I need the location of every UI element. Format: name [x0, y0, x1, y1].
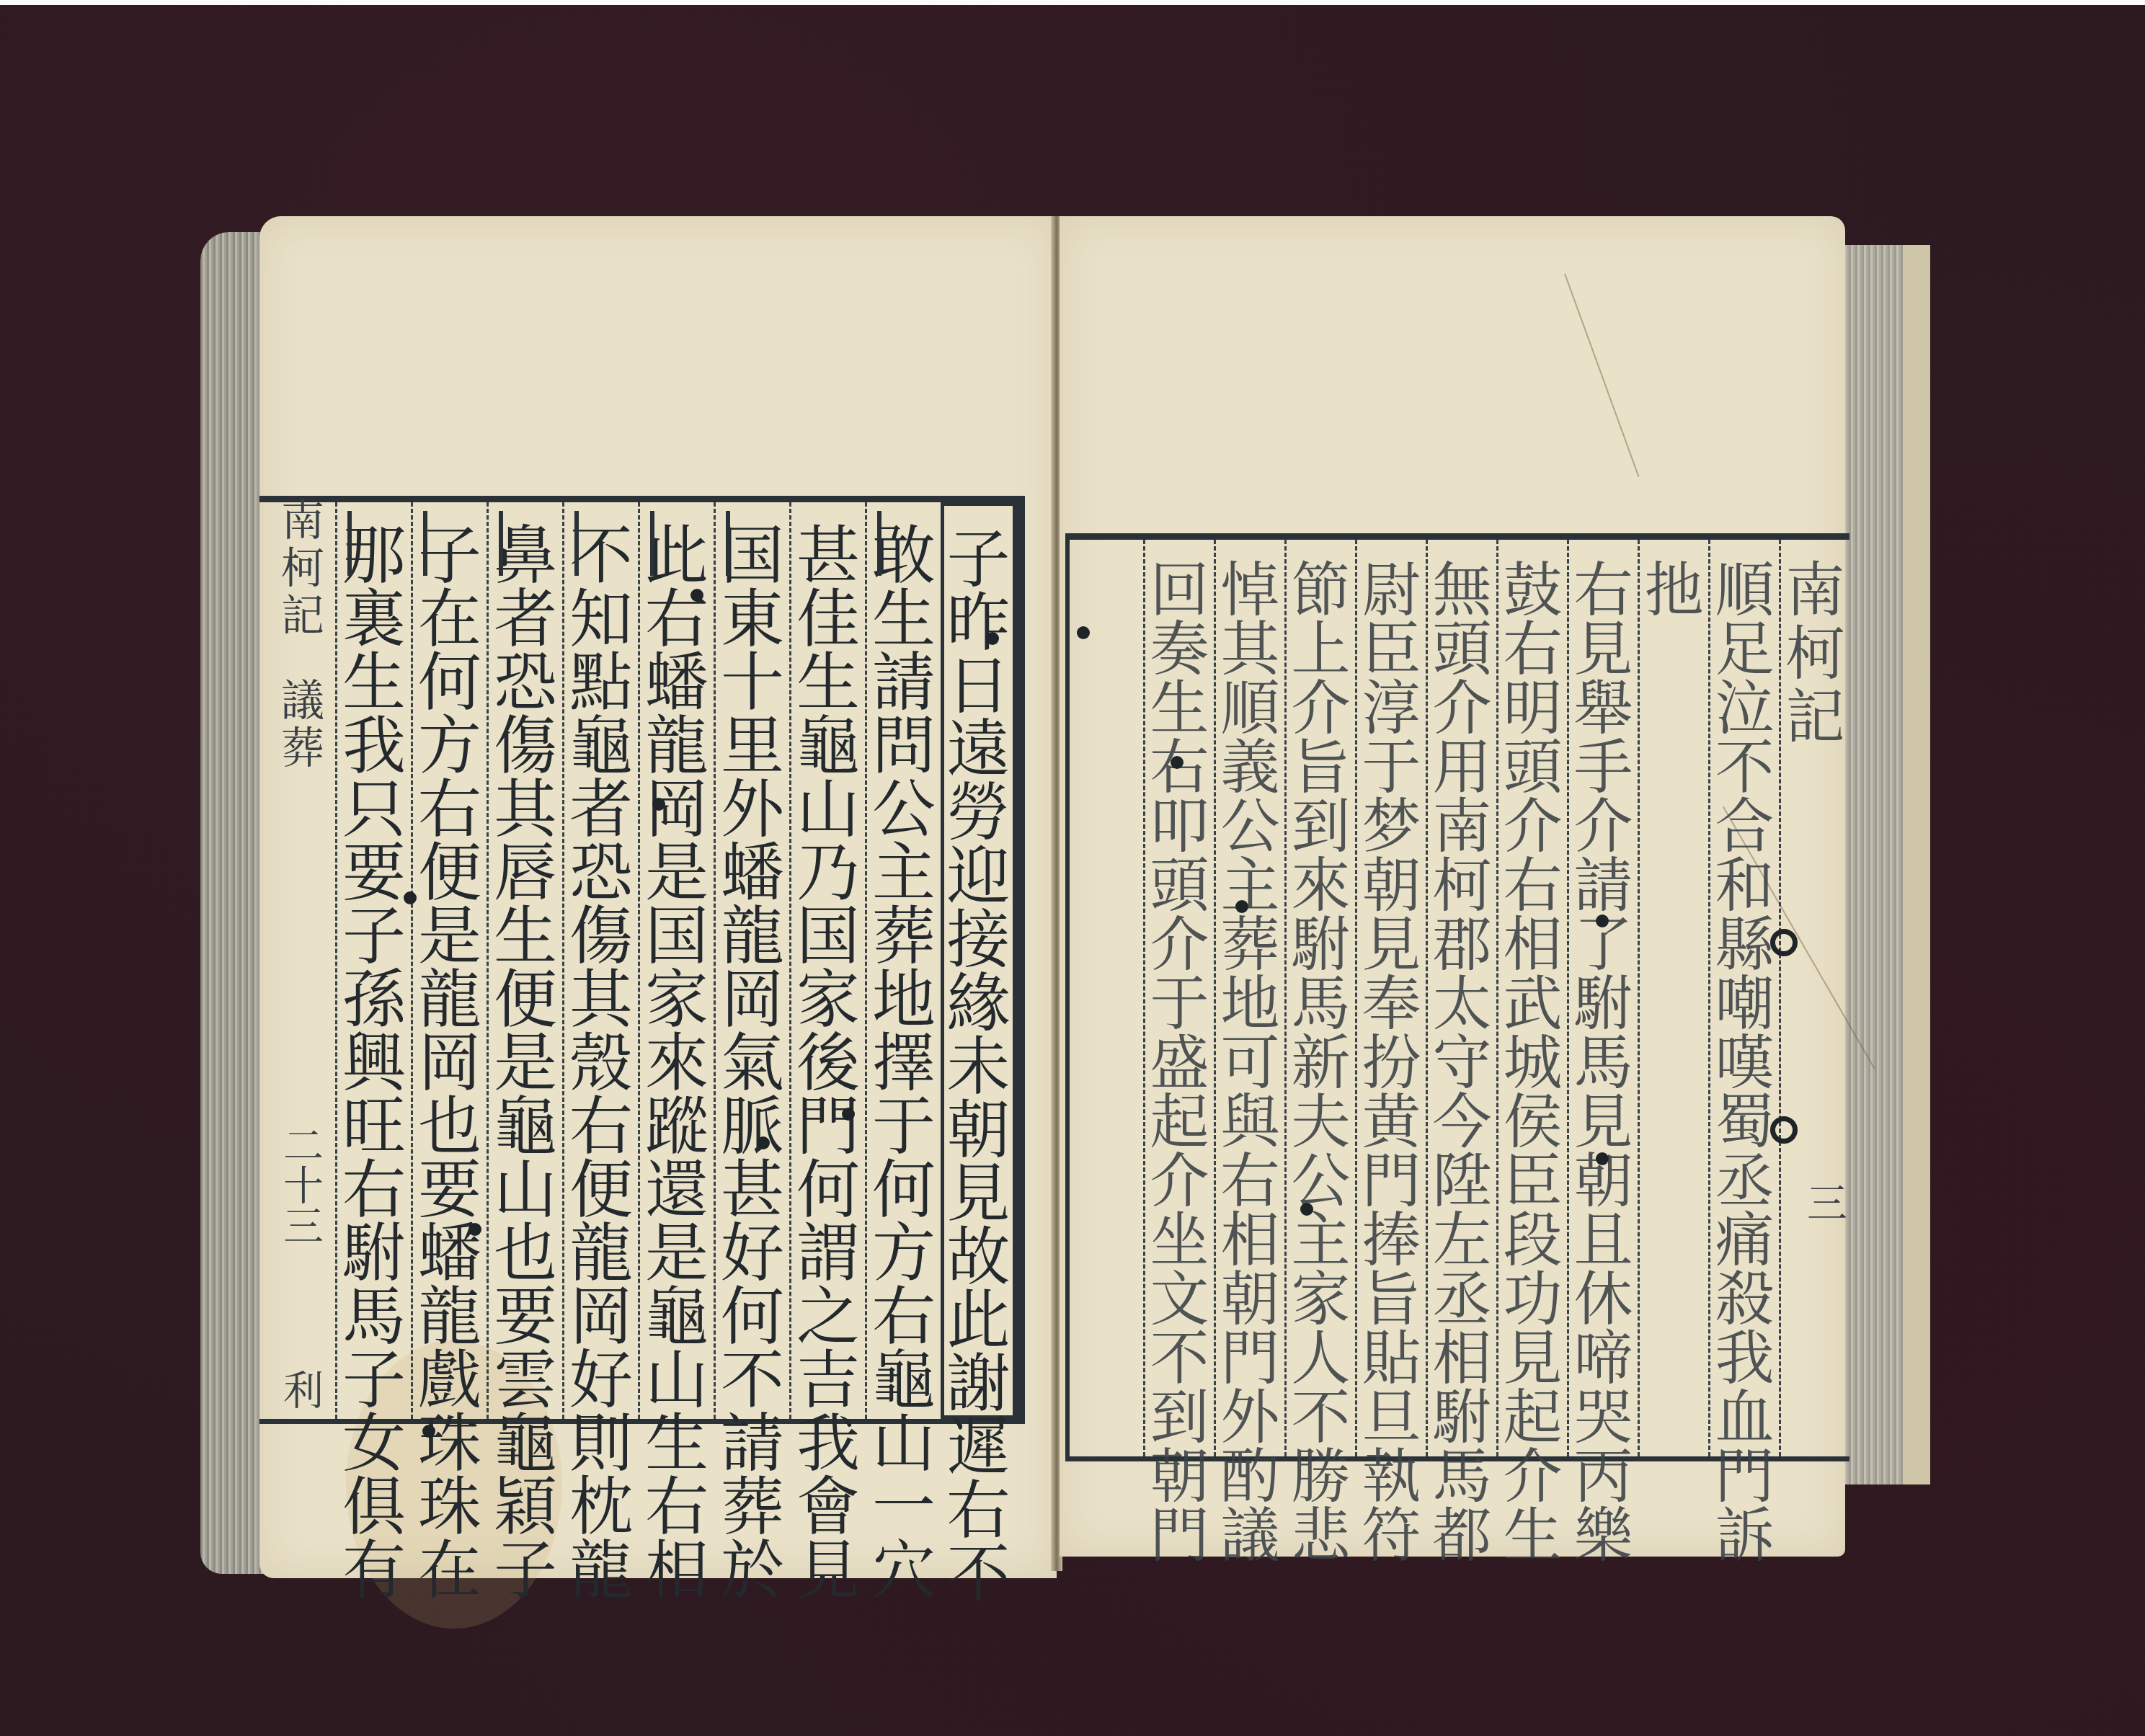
glyph: 鼻: [494, 524, 557, 587]
glyph: 也: [418, 1095, 481, 1158]
glyph: 手: [1573, 739, 1633, 798]
glyph: 太: [1432, 975, 1491, 1034]
text-column: 順足泣不合和縣嘲嘆蜀丞痛殺我血門訴: [1708, 540, 1779, 1456]
glyph: 段: [1503, 1211, 1562, 1270]
glyph: 山: [645, 1348, 709, 1412]
glyph: 有: [342, 1539, 406, 1602]
glyph: 其: [494, 778, 557, 841]
glyph: 朝: [1150, 1448, 1209, 1507]
glyph: 馬: [1573, 1034, 1633, 1093]
glyph: 符: [1362, 1507, 1421, 1566]
text-column: 回奏生右叩頭介于盛起介坐文不到朝門: [1143, 540, 1214, 1456]
glyph: 陞: [1432, 1152, 1491, 1211]
glyph: 右: [569, 1095, 633, 1158]
glyph: 足: [1715, 620, 1774, 680]
text-column: 子在何方右便是龍岡也要蟠龍戲珠珠在: [411, 502, 487, 1419]
glyph: 興: [342, 1031, 406, 1095]
glyph: 蹤: [645, 1095, 709, 1158]
glyph: 好: [721, 1221, 784, 1285]
glyph: 且: [1573, 1211, 1633, 1270]
glyph: 柯: [1785, 625, 1844, 688]
glyph: 朝: [1220, 1270, 1279, 1330]
glyph: 公: [1291, 1152, 1350, 1211]
left-page-print-frame: 子昨日遠勞迎接緣未朝見故此謝遲右不 敢生請問公主葬地擇于何方右龜山一穴 甚佳生龜…: [259, 496, 1025, 1424]
glyph: 回: [1150, 561, 1209, 620]
left-margin-title: 南柯記: [268, 497, 330, 640]
glyph: 旺: [342, 1095, 406, 1158]
glyph: 国: [721, 524, 784, 587]
glyph: 左: [1432, 1211, 1491, 1270]
glyph: 右: [645, 1475, 709, 1539]
glyph: 旨: [1291, 739, 1350, 798]
glyph: 臣: [1503, 1152, 1562, 1211]
right-text-columns: 南柯記 順足泣不合和縣嘲嘆蜀丞痛殺我血門訴 扡 右見舉手介請了駙馬見朝且休啼哭丙…: [1070, 540, 1849, 1456]
punctuation-dot: [757, 1136, 770, 1149]
glyph: 見: [1503, 1330, 1562, 1389]
glyph: 也: [494, 1221, 557, 1285]
glyph: 甚: [721, 1158, 784, 1221]
glyph: 迎: [946, 845, 1010, 908]
glyph: 故: [946, 1225, 1010, 1288]
glyph: 不: [1715, 739, 1774, 798]
glyph: 于: [1150, 975, 1209, 1034]
glyph: 右: [1220, 1152, 1279, 1211]
header-column-title: 南柯記: [1779, 540, 1849, 1456]
glyph: 右: [342, 1158, 406, 1221]
glyph: 緣: [946, 971, 1010, 1035]
glyph: 來: [1291, 857, 1350, 916]
glyph: 奏: [1150, 620, 1209, 680]
glyph: 我: [342, 714, 406, 778]
glyph: 啼: [1573, 1330, 1633, 1389]
glyph: 嘆: [1715, 1034, 1774, 1093]
text-column: 国東十里外蟠龍岡氣脈甚好何不請葬於: [714, 502, 789, 1419]
glyph: 子: [494, 1539, 557, 1602]
glyph: 生: [1150, 680, 1209, 739]
glyph: 地: [1220, 975, 1279, 1034]
punctuation-dot: [1171, 756, 1183, 769]
text-column: 鼻者恐傷其唇生便是龜山也要雲龜穎子: [487, 502, 562, 1419]
glyph: 勞: [946, 781, 1010, 845]
glyph: 南: [1785, 561, 1844, 625]
punctuation-dot: [986, 632, 999, 645]
glyph: 殼: [569, 1031, 633, 1095]
glyph: 叩: [1150, 798, 1209, 857]
glyph: 雲: [494, 1348, 557, 1412]
glyph: 龜: [569, 714, 633, 778]
glyph: 龍: [645, 714, 709, 778]
right-cover-lip: [1903, 245, 1930, 1484]
paper-crease: [1564, 273, 1639, 477]
punctuation-dot: [468, 1223, 481, 1236]
glyph: 扮: [1362, 1034, 1421, 1093]
glyph: 勝: [1291, 1448, 1350, 1507]
glyph: 謝: [946, 1352, 1010, 1415]
glyph: 国: [645, 904, 709, 968]
glyph: 主: [1291, 1211, 1350, 1270]
glyph: 會: [796, 1475, 860, 1539]
glyph: 日: [946, 654, 1010, 718]
glyph: 葬: [872, 904, 936, 968]
glyph: 岡: [418, 1031, 481, 1095]
glyph: 不: [1150, 1330, 1209, 1389]
glyph: 樂: [1573, 1507, 1633, 1566]
glyph: 都: [1432, 1507, 1491, 1566]
glyph: 何: [721, 1285, 784, 1348]
glyph: 葬: [721, 1475, 784, 1539]
glyph: 吉: [796, 1348, 860, 1412]
glyph: 不: [721, 1348, 784, 1412]
glyph: 外: [1220, 1389, 1279, 1448]
glyph: 女: [342, 1412, 406, 1475]
glyph: 新: [1291, 1034, 1350, 1093]
left-folio-number: 二十三: [271, 1124, 329, 1245]
glyph: 哭: [1573, 1389, 1633, 1448]
glyph: 戲: [418, 1348, 481, 1412]
glyph: 外: [721, 778, 784, 841]
glyph: 便: [569, 1158, 633, 1221]
glyph: 南: [1432, 798, 1491, 857]
glyph: 之: [796, 1285, 860, 1348]
glyph: 可: [1220, 1034, 1279, 1093]
glyph: 子: [946, 528, 1010, 591]
glyph: 右: [1573, 561, 1633, 620]
glyph: 見: [1362, 916, 1421, 975]
header-chip-column: 扡: [1638, 540, 1708, 1456]
glyph: 主: [1220, 857, 1279, 916]
glyph: 城: [1503, 1034, 1562, 1093]
glyph: 右: [946, 1479, 1010, 1542]
right-page-print-frame: 南柯記 順足泣不合和縣嘲嘆蜀丞痛殺我血門訴 扡 右見舉手介請了駙馬見朝且休啼哭丙…: [1065, 533, 1849, 1461]
glyph: 蟠: [645, 651, 709, 714]
glyph: 龍: [721, 904, 784, 968]
text-column: 此右蟠龍岡是国家來蹤還是龜山生右相: [638, 502, 714, 1419]
glyph: 子: [418, 524, 481, 587]
text-column: 悼其順義公主葬地可與右相朝門外酌議: [1214, 540, 1284, 1456]
glyph: 旨: [1362, 1270, 1421, 1330]
glyph: 守: [1432, 1034, 1491, 1093]
glyph: 在: [418, 587, 481, 651]
glyph: 右: [1503, 857, 1562, 916]
glyph: 家: [796, 968, 860, 1031]
glyph: 馬: [1291, 975, 1350, 1034]
glyph: 公: [872, 778, 936, 841]
glyph: 與: [1220, 1093, 1279, 1152]
glyph: 方: [418, 714, 481, 778]
glyph: 十: [721, 651, 784, 714]
glyph: 接: [946, 908, 1010, 971]
glyph: 還: [645, 1158, 709, 1221]
glyph: 貼: [1362, 1330, 1421, 1389]
glyph: 龍: [569, 1221, 633, 1285]
glyph: 侯: [1503, 1093, 1562, 1152]
glyph: 夫: [1291, 1093, 1350, 1152]
glyph: 子: [342, 904, 406, 968]
glyph: 岡: [721, 968, 784, 1031]
glyph: 里: [721, 714, 784, 778]
glyph: 擇: [872, 1031, 936, 1095]
glyph: 起: [1150, 1093, 1209, 1152]
glyph: 人: [1291, 1330, 1350, 1389]
glyph: 捧: [1362, 1211, 1421, 1270]
glyph: 問: [872, 714, 936, 778]
glyph: 點: [569, 651, 633, 714]
glyph: 悲: [1291, 1507, 1350, 1566]
glyph: 只: [342, 778, 406, 841]
glyph: 不: [1291, 1389, 1350, 1448]
glyph: 痛: [1715, 1211, 1774, 1270]
glyph: 知: [569, 587, 633, 651]
glyph: 請: [721, 1412, 784, 1475]
glyph: 上: [1291, 620, 1350, 680]
right-page-marker: 三: [1795, 1182, 1852, 1222]
glyph: 者: [569, 778, 633, 841]
glyph: 生: [872, 587, 936, 651]
glyph: 郡: [1432, 916, 1491, 975]
glyph: 要: [494, 1285, 557, 1348]
glyph: 明: [1503, 680, 1562, 739]
glyph: 是: [418, 904, 481, 968]
glyph: 嘲: [1715, 975, 1774, 1034]
punctuation-dot: [1596, 914, 1609, 927]
glyph: 功: [1503, 1270, 1562, 1330]
glyph: 山: [872, 1412, 936, 1475]
glyph: 執: [1362, 1448, 1421, 1507]
glyph: 昨: [946, 591, 1010, 654]
glyph: 龜: [645, 1285, 709, 1348]
punctuation-dot: [422, 1425, 435, 1438]
glyph: 合: [1715, 798, 1774, 857]
glyph: 見: [796, 1539, 860, 1602]
glyph: 尉: [1362, 561, 1421, 620]
glyph: 此: [645, 524, 709, 587]
glyph: 馬: [342, 1285, 406, 1348]
glyph: 在: [418, 1539, 481, 1602]
glyph: 介: [1573, 798, 1633, 857]
glyph: 蜀: [1715, 1093, 1774, 1152]
punctuation-dot: [1596, 1152, 1609, 1165]
glyph: 駙: [1573, 975, 1633, 1034]
glyph: 甚: [796, 524, 860, 587]
glyph: 遠: [946, 718, 1010, 781]
glyph: 順: [1220, 680, 1279, 739]
glyph: 記: [1785, 688, 1844, 752]
glyph: 相: [645, 1539, 709, 1602]
punctuation-dot: [1300, 1203, 1313, 1216]
text-column: 不知點龜者恐傷其殼右便龍岡好則枕龍: [562, 502, 638, 1419]
glyph: 佳: [796, 587, 860, 651]
glyph: 朝: [1362, 857, 1421, 916]
glyph: 葬: [1220, 916, 1279, 975]
glyph: 其: [569, 968, 633, 1031]
glyph: 地: [872, 968, 936, 1031]
left-page-stack-edge: [200, 232, 265, 1574]
glyph: 頭: [1432, 620, 1491, 680]
glyph: 於: [721, 1539, 784, 1602]
glyph: 我: [796, 1412, 860, 1475]
glyph: 見: [1573, 620, 1633, 680]
glyph: 鼓: [1503, 561, 1562, 620]
glyph: 用: [1432, 739, 1491, 798]
glyph: 來: [645, 1031, 709, 1095]
glyph: 無: [1432, 561, 1491, 620]
glyph: 淳: [1362, 680, 1421, 739]
glyph: 珠: [418, 1412, 481, 1475]
text-column: 節上介旨到來駙馬新夫公主家人不勝悲: [1284, 540, 1355, 1456]
glyph: 後: [796, 1031, 860, 1095]
glyph: 右: [1503, 620, 1562, 680]
glyph: 是: [645, 1221, 709, 1285]
glyph: 公: [1220, 798, 1279, 857]
glyph: 龜: [872, 1348, 936, 1412]
glyph: 梦: [1362, 798, 1421, 857]
glyph: 起: [1503, 1389, 1562, 1448]
glyph: 議: [1220, 1507, 1279, 1566]
glyph: 遲: [946, 1415, 1010, 1479]
glyph: 相: [1503, 916, 1562, 975]
glyph: 頭: [1150, 857, 1209, 916]
glyph: 乃: [796, 841, 860, 904]
glyph: 龍: [569, 1539, 633, 1602]
glyph: 縣: [1715, 916, 1774, 975]
glyph: 臣: [1362, 620, 1421, 680]
glyph: 悼: [1220, 561, 1279, 620]
glyph: 黄: [1362, 1093, 1421, 1152]
glyph: 好: [569, 1348, 633, 1412]
glyph: 東: [721, 587, 784, 651]
glyph: 駙: [1432, 1389, 1491, 1448]
glyph: 便: [494, 968, 557, 1031]
glyph: 那: [342, 524, 406, 587]
punctuation-circle: [1770, 929, 1798, 956]
text-column: 無頭介用南柯郡太守今陞左丞相駙馬都: [1426, 540, 1496, 1456]
glyph: 義: [1220, 739, 1279, 798]
glyph: 便: [418, 841, 481, 904]
glyph: 泣: [1715, 680, 1774, 739]
glyph: 頭: [1503, 739, 1562, 798]
glyph: 旦: [1362, 1389, 1421, 1448]
scan-top-border: [0, 0, 2145, 5]
glyph: 今: [1432, 1093, 1491, 1152]
glyph: 馬: [1432, 1448, 1491, 1507]
glyph: 主: [872, 841, 936, 904]
punctuation-dot: [652, 798, 665, 811]
glyph: 氣: [721, 1031, 784, 1095]
glyph: 訴: [1715, 1507, 1774, 1566]
glyph: 丞: [1715, 1152, 1774, 1211]
glyph: 見: [946, 1162, 1010, 1225]
glyph: 何: [418, 651, 481, 714]
glyph: 我: [1715, 1330, 1774, 1389]
glyph: 国: [796, 904, 860, 968]
glyph: 家: [1291, 1270, 1350, 1330]
text-column: 子昨日遠勞迎接緣未朝見故此謝遲右不: [941, 502, 1016, 1419]
glyph: 血: [1715, 1389, 1774, 1448]
glyph: 俱: [342, 1475, 406, 1539]
glyph: 右: [872, 1285, 936, 1348]
glyph: 要: [342, 841, 406, 904]
glyph: 駙: [342, 1221, 406, 1285]
text-column: 那裏生我只要子孫興旺右駙馬子女俱有: [335, 502, 411, 1419]
glyph: 家: [645, 968, 709, 1031]
glyph: 何: [872, 1158, 936, 1221]
glyph: 扡: [1644, 561, 1703, 625]
glyph: 坐: [1150, 1211, 1209, 1270]
glyph: 山: [494, 1158, 557, 1221]
glyph: 駙: [1291, 916, 1350, 975]
glyph: 穴: [872, 1539, 936, 1602]
glyph: 是: [645, 841, 709, 904]
glyph: 未: [946, 1035, 1010, 1098]
glyph: 方: [872, 1221, 936, 1285]
glyph: 門: [1362, 1152, 1421, 1211]
glyph: 請: [1573, 857, 1633, 916]
glyph: 介: [1150, 916, 1209, 975]
glyph: 丙: [1573, 1448, 1633, 1507]
glyph: 枕: [569, 1475, 633, 1539]
glyph: 見: [1573, 1093, 1633, 1152]
glyph: 到: [1150, 1389, 1209, 1448]
glyph: 穎: [494, 1475, 557, 1539]
glyph: 龜: [494, 1412, 557, 1475]
text-column: 甚佳生龜山乃国家後門何謂之吉我會見: [789, 502, 865, 1419]
glyph: 右: [418, 778, 481, 841]
glyph: 何: [796, 1158, 860, 1221]
glyph: 和: [1715, 857, 1774, 916]
glyph: 生: [796, 651, 860, 714]
punctuation-dot: [842, 1108, 855, 1121]
glyph: 盛: [1150, 1034, 1209, 1093]
glyph: 不: [569, 524, 633, 587]
glyph: 此: [946, 1288, 1010, 1352]
glyph: 恐: [569, 841, 633, 904]
glyph: 酌: [1220, 1448, 1279, 1507]
glyph: 介: [1150, 1152, 1209, 1211]
left-margin-chapter: 議葬: [268, 677, 330, 773]
glyph: 介: [1503, 1448, 1562, 1507]
glyph: 岡: [569, 1285, 633, 1348]
glyph: 奉: [1362, 975, 1421, 1034]
glyph: 其: [1220, 620, 1279, 680]
text-column: 右見舉手介請了駙馬見朝且休啼哭丙樂: [1567, 540, 1638, 1456]
left-footer-mark: 利: [271, 1369, 329, 1410]
glyph: 龜: [494, 1095, 557, 1158]
text-column: 鼓右明頭介右相武城侯臣段功見起介生: [1496, 540, 1567, 1456]
glyph: 脈: [721, 1095, 784, 1158]
glyph: 生: [342, 651, 406, 714]
glyph: 一: [872, 1475, 936, 1539]
glyph: 謂: [796, 1221, 860, 1285]
glyph: 唇: [494, 841, 557, 904]
glyph: 武: [1503, 975, 1562, 1034]
punctuation-dot: [1235, 900, 1248, 913]
glyph: 龜: [796, 714, 860, 778]
glyph: 舉: [1573, 680, 1633, 739]
glyph: 相: [1432, 1330, 1491, 1389]
punctuation-circle: [1770, 1116, 1798, 1144]
glyph: 于: [1362, 739, 1421, 798]
glyph: 于: [872, 1095, 936, 1158]
text-column: 敢生請問公主葬地擇于何方右龜山一穴: [865, 502, 941, 1419]
glyph: 順: [1715, 561, 1774, 620]
glyph: 到: [1291, 798, 1350, 857]
punctuation-dot: [404, 891, 417, 904]
glyph: 裏: [342, 587, 406, 651]
glyph: 山: [796, 778, 860, 841]
glyph: 門: [1715, 1448, 1774, 1507]
glyph: 門: [1220, 1330, 1279, 1389]
text-column: 尉臣淳于梦朝見奉扮黄門捧旨貼旦執符: [1355, 540, 1426, 1456]
